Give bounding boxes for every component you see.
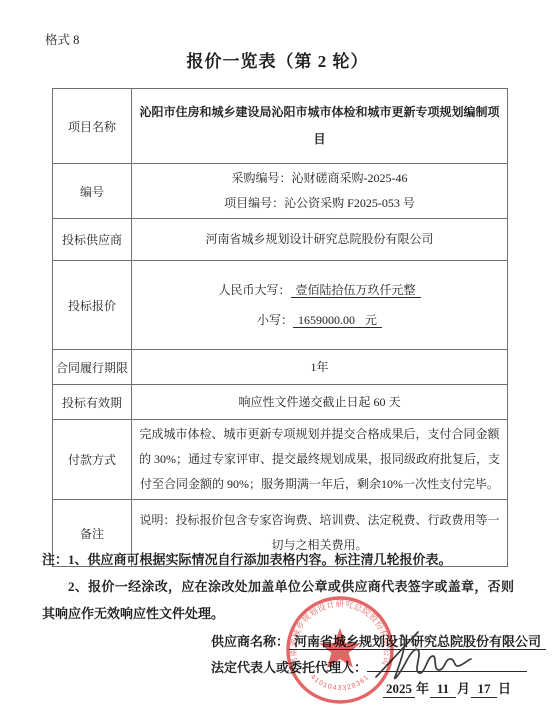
price-figures-value: 1659000.00元 [293,313,382,328]
date-day-unit: 日 [497,681,512,696]
seal-number-text: 4101043328361 [309,674,371,693]
table-row-supplier: 投标供应商 河南省城乡规划设计研究总院股份有限公司 [53,219,508,261]
table-row-bid-price: 投标报价 人民币大写：壹佰陆拾伍万玖仟元整 小写：1659000.00元 [53,261,508,350]
format-label: 格式 8 [45,30,79,48]
price-unit: 元 [365,313,377,327]
supplier-value: 河南省城乡规划设计研究总院股份有限公司 [132,219,508,261]
row-label-bid-price: 投标报价 [53,261,132,350]
row-label-number: 编号 [53,164,132,219]
price-words-label: 人民币大写： [218,283,290,297]
note-2: 2、报价一经涂改，应在涂改处加盖单位公章或供应商代表签字或盖章，否则其响应作无效… [42,573,514,627]
table-row-bid-validity: 投标有效期 响应性文件递交截止日起 60 天 [53,385,508,420]
company-seal: 河南省城乡规划设计研究总院股份有限公司 4101043328361 [283,593,397,707]
price-figures-label: 小写： [257,313,293,327]
project-number: 项目编号：沁公资采购 F2025-053 号 [138,191,501,216]
date-month: 11 [430,681,456,698]
row-label-project-name: 项目名称 [53,89,132,164]
date-month-unit: 月 [456,681,471,696]
bid-validity-value: 响应性文件递交截止日起 60 天 [132,385,508,420]
date-day: 17 [471,681,497,698]
row-label-payment-method: 付款方式 [53,420,132,500]
price-in-figures-line: 小写：1659000.00元 [138,305,501,335]
supplier-name-label: 供应商名称： [211,634,289,649]
row-label-contract-period: 合同履行期限 [53,350,132,385]
page-title: 报价一览表（第 2 轮） [0,47,555,72]
row-label-bid-validity: 投标有效期 [53,385,132,420]
date-year-unit: 年 [415,681,430,696]
seal-star-icon [319,628,361,668]
payment-method-value: 完成城市体检、城市更新专项规划并提交合格成果后，支付合同金额的 30%；通过专家… [132,420,508,500]
table-row-project-name: 项目名称 沁阳市住房和城乡建设局沁阳市城市体检和城市更新专项规划编制项目 [53,89,508,164]
document-page: 格式 8 报价一览表（第 2 轮） 项目名称 沁阳市住房和城乡建设局沁阳市城市体… [0,0,555,727]
price-words-value: 壹佰陆拾伍万玖仟元整 [291,283,421,298]
quotation-table: 项目名称 沁阳市住房和城乡建设局沁阳市城市体检和城市更新专项规划编制项目 编号 … [52,88,508,567]
row-label-supplier: 投标供应商 [53,219,132,261]
number-value: 采购编号：沁财磋商采购-2025-46 项目编号：沁公资采购 F2025-053… [132,164,508,219]
table-row-number: 编号 采购编号：沁财磋商采购-2025-46 项目编号：沁公资采购 F2025-… [53,164,508,219]
project-name-value: 沁阳市住房和城乡建设局沁阳市城市体检和城市更新专项规划编制项目 [132,89,508,164]
bid-price-value: 人民币大写：壹佰陆拾伍万玖仟元整 小写：1659000.00元 [132,261,508,350]
price-in-words-line: 人民币大写：壹佰陆拾伍万玖仟元整 [138,275,501,305]
note-1: 注：1、供应商可根据实际情况自行添加表格内容。标注清几轮报价表。 [42,549,452,568]
contract-period-value: 1年 [132,350,508,385]
table-row-contract-period: 合同履行期限 1年 [53,350,508,385]
table-row-payment-method: 付款方式 完成城市体检、城市更新专项规划并提交合格成果后，支付合同金额的 30%… [53,420,508,500]
procurement-number: 采购编号：沁财磋商采购-2025-46 [138,166,501,191]
price-amount: 1659000.00 [298,313,355,327]
